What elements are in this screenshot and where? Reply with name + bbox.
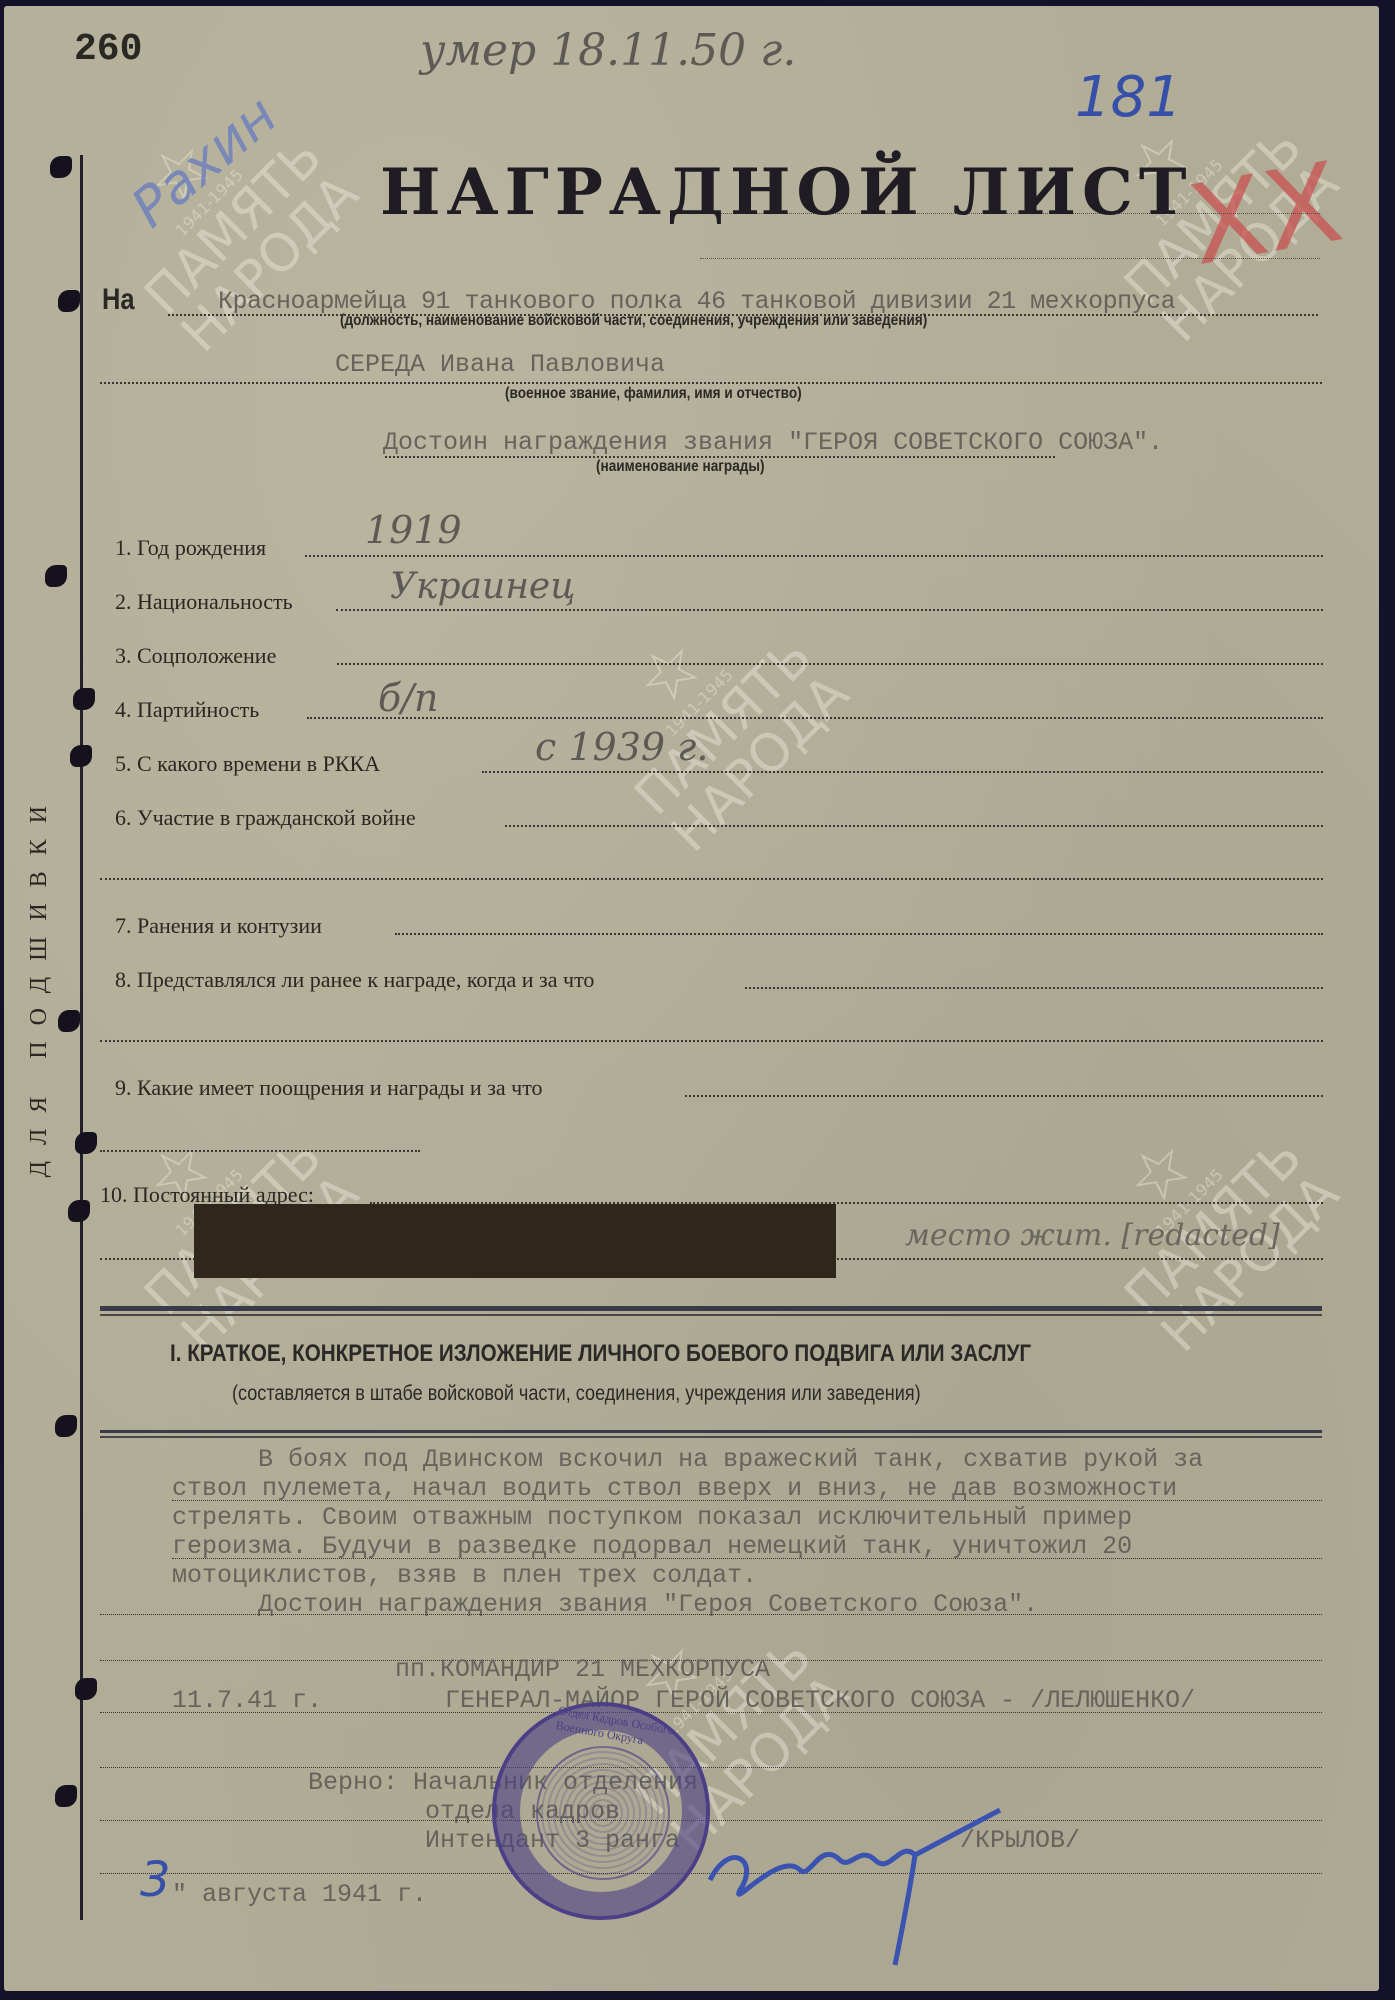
binding-label: ДЛЯ ПОДШИВКИ: [26, 790, 56, 1177]
section-heading: I. КРАТКОЕ, КОНКРЕТНОЕ ИЗЛОЖЕНИЕ ЛИЧНОГО…: [170, 1340, 1202, 1368]
final-date-day: 3: [140, 1852, 171, 1908]
commander-date: 11.7.41 г.: [172, 1686, 322, 1715]
punch-hole: [58, 1010, 80, 1032]
punch-hole: [70, 745, 92, 767]
body-line: стрелять. Своим отважным поступком показ…: [172, 1503, 1132, 1532]
field-label: 6. Участие в гражданской войне: [115, 805, 416, 831]
field-value[interactable]: 1919: [365, 508, 462, 552]
final-date: " августа 1941 г.: [172, 1880, 427, 1909]
commander-title: пп.КОМАНДИР 21 МЕХКОРПУСА: [395, 1655, 770, 1684]
field-label: 2. Национальность: [115, 589, 293, 615]
punch-hole: [55, 1785, 77, 1807]
position-caption: (должность, наименование войсковой части…: [340, 312, 927, 330]
field-label: 1. Год рождения: [115, 535, 266, 561]
red-mark: XX: [1180, 138, 1351, 290]
field-label: 8. Представлялся ли ранее к награде, ког…: [115, 967, 594, 993]
section-divider: [100, 1314, 1322, 1316]
section-divider: [100, 1436, 1322, 1438]
section-divider: [100, 1306, 1322, 1311]
archive-number: 260: [74, 28, 142, 71]
redaction-block: [194, 1204, 836, 1278]
punch-hole: [45, 565, 67, 587]
section-subheading: (составляется в штабе войсковой части, с…: [232, 1382, 921, 1406]
field-label: 4. Партийность: [115, 697, 259, 723]
field-value[interactable]: б/п: [378, 676, 438, 720]
body-line: ствол пулемета, начал водить ствол вверх…: [172, 1474, 1177, 1503]
field-label: 3. Соцположение: [115, 643, 276, 669]
punch-hole: [75, 1678, 97, 1700]
seal-emblem: [536, 1746, 670, 1880]
punch-hole: [73, 688, 95, 710]
handwritten-number: 181: [1075, 65, 1182, 130]
body-line: В боях под Двинском вскочил на вражеский…: [258, 1445, 1203, 1474]
body-line: мотоциклистов, взяв в плен трех солдат.: [172, 1561, 757, 1590]
section-divider: [100, 1430, 1322, 1433]
official-seal: Отдел Кадров Особого Военного Округа: [492, 1702, 710, 1920]
handwritten-signature: [700, 1800, 1020, 1970]
award-value: Достоин награждения звания "ГЕРОЯ СОВЕТС…: [383, 428, 1163, 457]
field-value[interactable]: место жит. [redacted]: [905, 1218, 1280, 1253]
field-value[interactable]: с 1939 г.: [535, 725, 708, 769]
punch-hole: [55, 1415, 77, 1437]
binding-line: [80, 155, 83, 1920]
punch-hole: [58, 290, 80, 312]
field-label: 9. Какие имеет поощрения и награды и за …: [115, 1075, 543, 1101]
field-label: 7. Ранения и контузии: [115, 913, 322, 939]
body-line: героизма. Будучи в разведке подорвал нем…: [172, 1532, 1132, 1561]
handwritten-death-note: умер 18.11.50 г.: [420, 25, 796, 76]
field-value[interactable]: Украинец: [390, 566, 575, 607]
na-label: На: [102, 283, 135, 317]
name-caption: (военное звание, фамилия, имя и отчество…: [505, 385, 802, 403]
punch-hole: [68, 1200, 90, 1222]
field-label: 5. С какого времени в РККА: [115, 751, 380, 777]
award-caption: (наименование награды): [596, 458, 765, 476]
punch-hole: [75, 1132, 97, 1154]
name-value: СЕРЕДА Ивана Павловича: [335, 350, 665, 379]
page-title: НАГРАДНОЙ ЛИСТ: [380, 155, 1193, 230]
punch-hole: [50, 156, 72, 178]
